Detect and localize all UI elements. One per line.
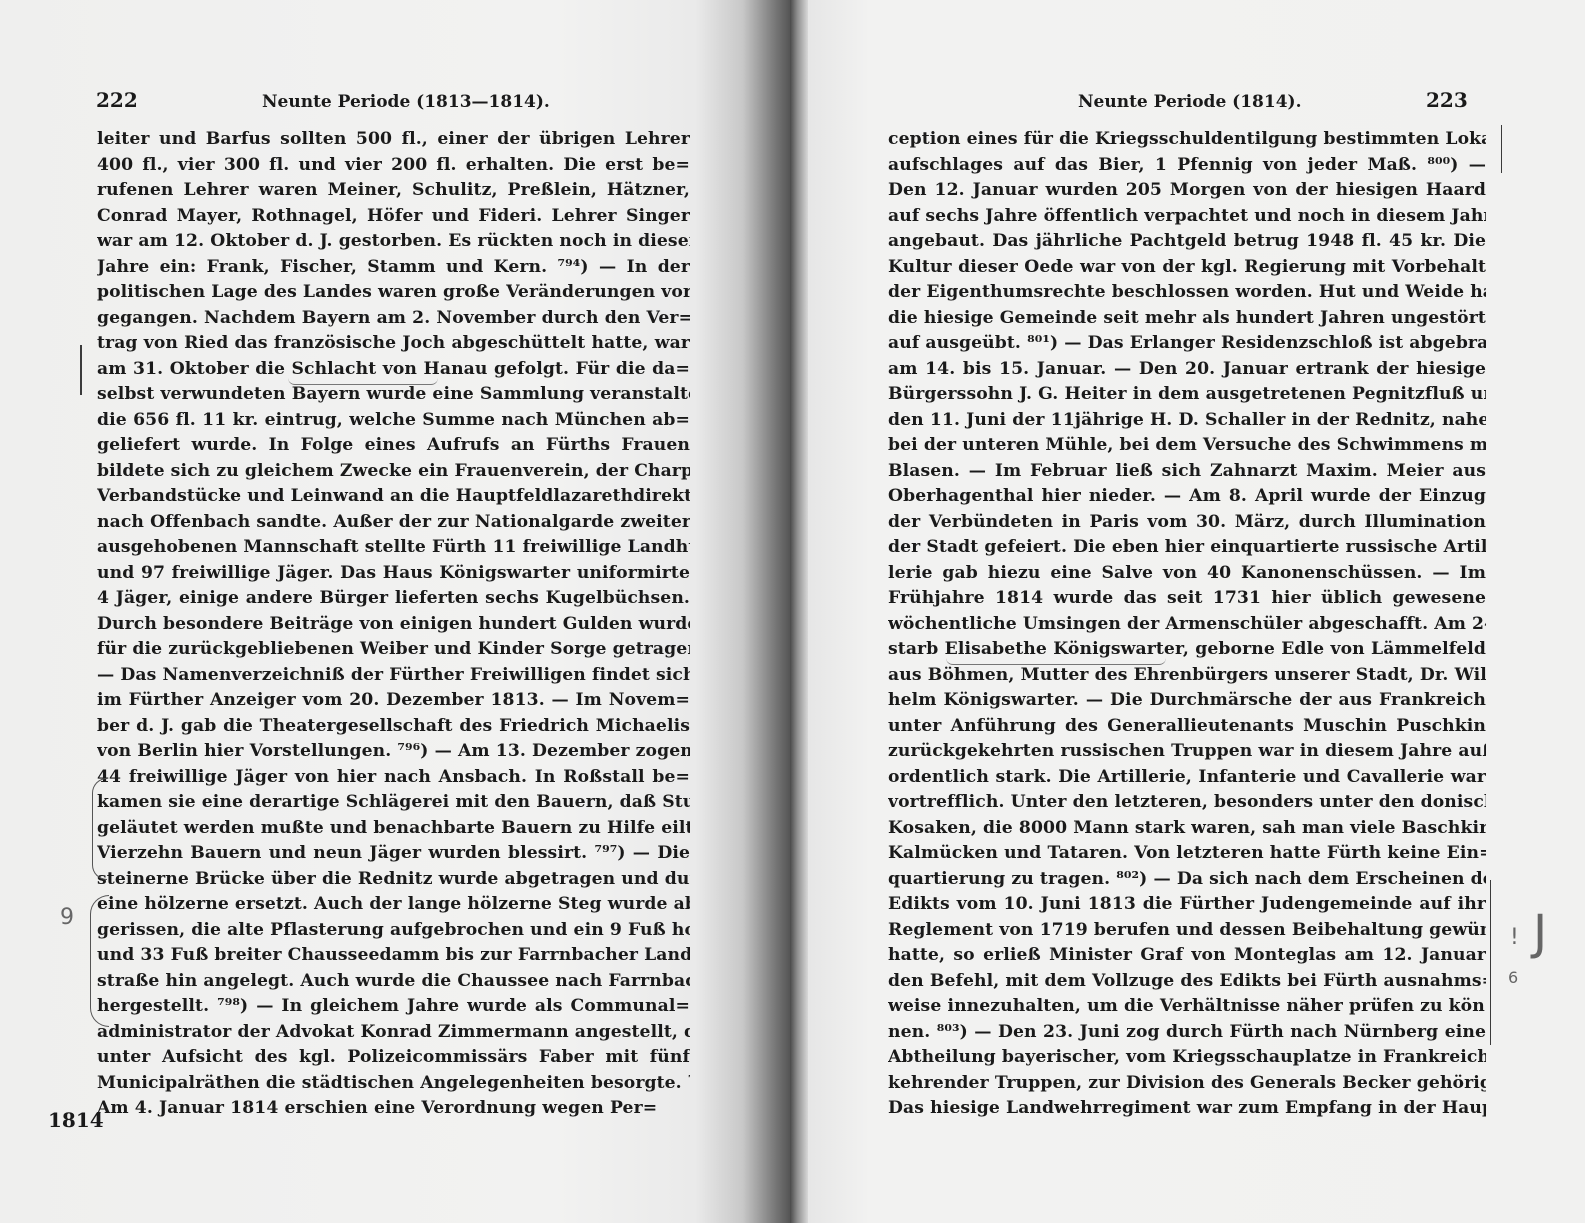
text-line: bei der unteren Mühle, bei dem Versuche …: [888, 433, 1486, 459]
margin-year-note: 1814: [48, 1108, 104, 1132]
text-line: bildete sich zu gleichem Zwecke ein Frau…: [97, 459, 690, 485]
text-line: 4 Jäger, einige andere Bürger lieferten …: [97, 586, 690, 612]
text-line: der Verbündeten in Paris vom 30. März, d…: [888, 510, 1486, 536]
text-line: Den 12. Januar wurden 205 Morgen von der…: [888, 178, 1486, 204]
text-line: nen. ⁸⁰³) — Den 23. Juni zog durch Fürth…: [888, 1020, 1486, 1046]
left-page-body: leiter und Barfus sollten 500 fl., einer…: [97, 127, 690, 1122]
text-line: im Fürther Anzeiger vom 20. Dezember 181…: [97, 688, 690, 714]
running-head-left: Neunte Periode (1813—1814).: [262, 92, 550, 112]
text-line: nach Offenbach sandte. Außer der zur Nat…: [97, 510, 690, 536]
pencil-margin-line-icon: [80, 345, 82, 395]
page-number-left: 222: [96, 88, 138, 112]
text-line: zurückgekehrten russischen Truppen war i…: [888, 739, 1486, 765]
text-line: unter Anführung des Generallieutenants M…: [888, 714, 1486, 740]
text-line: Reglement von 1719 berufen und dessen Be…: [888, 918, 1486, 944]
text-line: angebaut. Das jährliche Pachtgeld betrug…: [888, 229, 1486, 255]
text-line: hergestellt. ⁷⁹⁸) — In gleichem Jahre wu…: [97, 994, 690, 1020]
text-line: ausgehobenen Mannschaft stellte Fürth 11…: [97, 535, 690, 561]
text-line: selbst verwundeten Bayern wurde eine Sam…: [97, 382, 690, 408]
text-line: kehrender Truppen, zur Division des Gene…: [888, 1071, 1486, 1097]
text-line: eine hölzerne ersetzt. Auch der lange hö…: [97, 892, 690, 918]
pencil-bracket-icon: [92, 778, 107, 880]
text-line: Frühjahre 1814 wurde das seit 1731 hier …: [888, 586, 1486, 612]
text-line: Kosaken, die 8000 Mann stark waren, sah …: [888, 816, 1486, 842]
running-head-right: Neunte Periode (1814).: [1078, 92, 1302, 112]
text-line: geliefert wurde. In Folge eines Aufrufs …: [97, 433, 690, 459]
text-line: administrator der Advokat Konrad Zimmerm…: [97, 1020, 690, 1046]
pencil-margin-line-icon: [1501, 125, 1502, 173]
right-page: Neunte Periode (1814). 223 ception eines…: [808, 0, 1585, 1223]
text-line: wöchentliche Umsingen der Armenschüler a…: [888, 612, 1486, 638]
text-line: Jahre ein: Frank, Fischer, Stamm und Ker…: [97, 255, 690, 281]
text-line: helm Königswarter. — Die Durchmärsche de…: [888, 688, 1486, 714]
left-page: 222 Neunte Periode (1813—1814). leiter u…: [0, 0, 790, 1223]
text-line: der Stadt gefeiert. Die eben hier einqua…: [888, 535, 1486, 561]
text-line: ordentlich stark. Die Artillerie, Infant…: [888, 765, 1486, 791]
text-line: auf sechs Jahre öffentlich verpachtet un…: [888, 204, 1486, 230]
page-number-right: 223: [1426, 88, 1468, 112]
text-line: politischen Lage des Landes waren große …: [97, 280, 690, 306]
text-line: und 33 Fuß breiter Chausseedamm bis zur …: [97, 943, 690, 969]
text-line: lerie gab hiezu eine Salve von 40 Kanone…: [888, 561, 1486, 587]
book-spread: 222 Neunte Periode (1813—1814). leiter u…: [0, 0, 1585, 1223]
text-line: den 11. Juni der 11jährige H. D. Schalle…: [888, 408, 1486, 434]
text-line: geläutet werden mußte und benachbarte Ba…: [97, 816, 690, 842]
text-line: 400 fl., vier 300 fl. und vier 200 fl. e…: [97, 153, 690, 179]
text-line: rufenen Lehrer waren Meiner, Schulitz, P…: [97, 178, 690, 204]
text-line: Vierzehn Bauern und neun Jäger wurden bl…: [97, 841, 690, 867]
text-line: gerissen, die alte Pflasterung aufgebroc…: [97, 918, 690, 944]
text-line: auf ausgeübt. ⁸⁰¹) — Das Erlanger Reside…: [888, 331, 1486, 357]
text-line: der Eigenthumsrechte beschlossen worden.…: [888, 280, 1486, 306]
text-line: Durch besondere Beiträge von einigen hun…: [97, 612, 690, 638]
text-line: Municipalräthen die städtischen Angelege…: [97, 1071, 690, 1097]
right-page-body: ception eines für die Kriegsschuldentilg…: [888, 127, 1486, 1122]
pencil-bracket-icon: [90, 895, 109, 1027]
pencil-underline-icon: [288, 378, 438, 385]
text-line: ception eines für die Kriegsschuldentilg…: [888, 127, 1486, 153]
text-line: Das hiesige Landwehrregiment war zum Emp…: [888, 1096, 1486, 1122]
text-line: — Das Namenverzeichniß der Fürther Freiw…: [97, 663, 690, 689]
pencil-margin-glyph: 9: [60, 905, 74, 930]
text-line: den Befehl, mit dem Vollzuge des Edikts …: [888, 969, 1486, 995]
pencil-margin-glyph: 6: [1508, 968, 1518, 987]
text-line: von Berlin hier Vorstellungen. ⁷⁹⁶) — Am…: [97, 739, 690, 765]
text-line: für die zurückgebliebenen Weiber und Kin…: [97, 637, 690, 663]
text-line: Oberhagenthal hier nieder. — Am 8. April…: [888, 484, 1486, 510]
text-line: aufschlages auf das Bier, 1 Pfennig von …: [888, 153, 1486, 179]
pencil-margin-glyph: !: [1510, 925, 1519, 950]
text-line: steinerne Brücke über die Rednitz wurde …: [97, 867, 690, 893]
text-line: Kalmücken und Tataren. Von letzteren hat…: [888, 841, 1486, 867]
text-line: Edikts vom 10. Juni 1813 die Fürther Jud…: [888, 892, 1486, 918]
text-line: straße hin angelegt. Auch wurde die Chau…: [97, 969, 690, 995]
text-line: Verbandstücke und Leinwand an die Hauptf…: [97, 484, 690, 510]
pencil-underline-icon: [946, 658, 1166, 665]
text-line: trag von Ried das französische Joch abge…: [97, 331, 690, 357]
text-line: leiter und Barfus sollten 500 fl., einer…: [97, 127, 690, 153]
pencil-margin-glyph: J: [1533, 905, 1547, 961]
text-line: aus Böhmen, Mutter des Ehrenbürgers unse…: [888, 663, 1486, 689]
text-line: Blasen. — Im Februar ließ sich Zahnarzt …: [888, 459, 1486, 485]
book-gutter: [790, 0, 808, 1223]
text-line: unter Aufsicht des kgl. Polizeicommissär…: [97, 1045, 690, 1071]
text-line: am 14. bis 15. Januar. — Den 20. Januar …: [888, 357, 1486, 383]
text-line: Bürgerssohn J. G. Heiter in dem ausgetre…: [888, 382, 1486, 408]
text-line: Kultur dieser Oede war von der kgl. Regi…: [888, 255, 1486, 281]
text-line: und 97 freiwillige Jäger. Das Haus König…: [97, 561, 690, 587]
text-line: weise innezuhalten, um die Verhältnisse …: [888, 994, 1486, 1020]
text-line: quartierung zu tragen. ⁸⁰²) — Da sich na…: [888, 867, 1486, 893]
text-line: gegangen. Nachdem Bayern am 2. November …: [97, 306, 690, 332]
text-line: vortrefflich. Unter den letzteren, beson…: [888, 790, 1486, 816]
text-line: Am 4. Januar 1814 erschien eine Verordnu…: [97, 1096, 690, 1122]
text-line: die hiesige Gemeinde seit mehr als hunde…: [888, 306, 1486, 332]
text-line: Conrad Mayer, Rothnagel, Höfer und Fider…: [97, 204, 690, 230]
text-line: war am 12. Oktober d. J. gestorben. Es r…: [97, 229, 690, 255]
text-line: 44 freiwillige Jäger von hier nach Ansba…: [97, 765, 690, 791]
text-line: hatte, so erließ Minister Graf von Monte…: [888, 943, 1486, 969]
pencil-margin-line-icon: [1490, 880, 1491, 1045]
text-line: ber d. J. gab die Theatergesellschaft de…: [97, 714, 690, 740]
text-line: die 656 fl. 11 kr. eintrug, welche Summe…: [97, 408, 690, 434]
text-line: Abtheilung bayerischer, vom Kriegsschaup…: [888, 1045, 1486, 1071]
text-line: kamen sie eine derartige Schlägerei mit …: [97, 790, 690, 816]
